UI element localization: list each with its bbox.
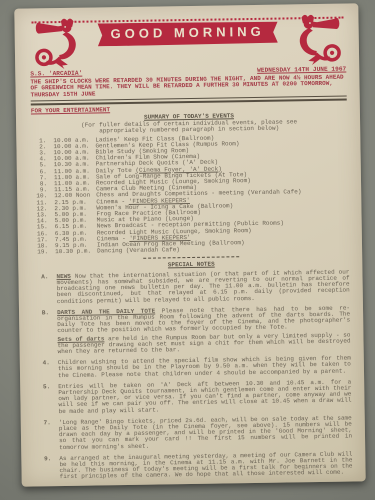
note-paragraph: As arranged at the inaugural meeting yes… (59, 451, 352, 480)
note-row: 4. Children wishing to attend the specia… (35, 356, 351, 382)
mermaid-trumpeter-icon-right (271, 9, 346, 66)
note-paragraphs: NEWS Now that the international situatio… (56, 269, 349, 307)
note-paragraph: 'Long Range' Bingo tickets, priced 2s.6d… (59, 415, 352, 451)
note-label: 7. (36, 420, 52, 453)
event-number: 19. (33, 250, 48, 256)
note-paragraphs: DARTS AND THE DAILY TOTE Please note tha… (57, 305, 351, 357)
note-paragraph: Sets of darts are held in the Rumpus Roo… (57, 332, 350, 355)
note-paragraph: Entries will be taken on 'A' Deck aft be… (58, 379, 351, 415)
page-title: GOOD MORNING (111, 29, 265, 38)
event-description: Dancing (Verandah Cafe) (97, 245, 349, 255)
clocks-notice: THE SHIP'S CLOCKS WERE RETARDED 30 MINUT… (30, 75, 346, 99)
note-label: 4. (35, 360, 50, 381)
note-row: 7. 'Long Range' Bingo tickets, priced 2s… (36, 415, 352, 453)
note-row: 9. As arranged at the inaugural meeting … (36, 451, 352, 483)
note-label: A. (33, 274, 49, 307)
ship-name: S.S. 'ARCADIA' (30, 71, 82, 78)
note-paragraphs: Children wishing to attend the special f… (58, 356, 351, 381)
dashed-divider (143, 257, 239, 260)
title-banner: GOOD MORNING (98, 21, 278, 47)
mermaid-trumpeter-icon-left (29, 12, 104, 69)
note-row: 5. Entries will be taken on 'A' Deck aft… (35, 379, 351, 417)
note-row: B. DARTS AND THE DAILY TOTE Please note … (34, 305, 351, 357)
summary-subtitle: (For fuller details of certain individua… (70, 119, 308, 135)
special-notes-list: A. NEWS Now that the international situa… (33, 269, 352, 483)
note-paragraphs: Entries will be taken on 'A' Deck aft be… (58, 379, 351, 417)
events-list: 1. 10.00 a.m. Ladies' Keep Fit Class (Ba… (31, 133, 349, 256)
masthead: GOOD MORNING (29, 9, 346, 70)
note-label: 9. (36, 456, 51, 483)
note-paragraph: DARTS AND THE DAILY TOTE Please note tha… (57, 305, 350, 334)
photo-backdrop: GOOD MORNING (0, 0, 375, 500)
newsletter-sheet: GOOD MORNING (14, 3, 365, 486)
event-time: 10.30 p.m. (55, 249, 97, 256)
note-paragraphs: As arranged at the inaugural meeting yes… (59, 451, 352, 482)
note-row: A. NEWS Now that the international situa… (33, 269, 349, 307)
note-label: B. (34, 310, 50, 358)
note-label: 5. (35, 384, 51, 417)
note-paragraphs: 'Long Range' Bingo tickets, priced 2s.6d… (59, 415, 352, 453)
note-paragraph: NEWS Now that the international situatio… (56, 269, 349, 305)
note-paragraph: Children wishing to attend the special f… (58, 356, 351, 379)
